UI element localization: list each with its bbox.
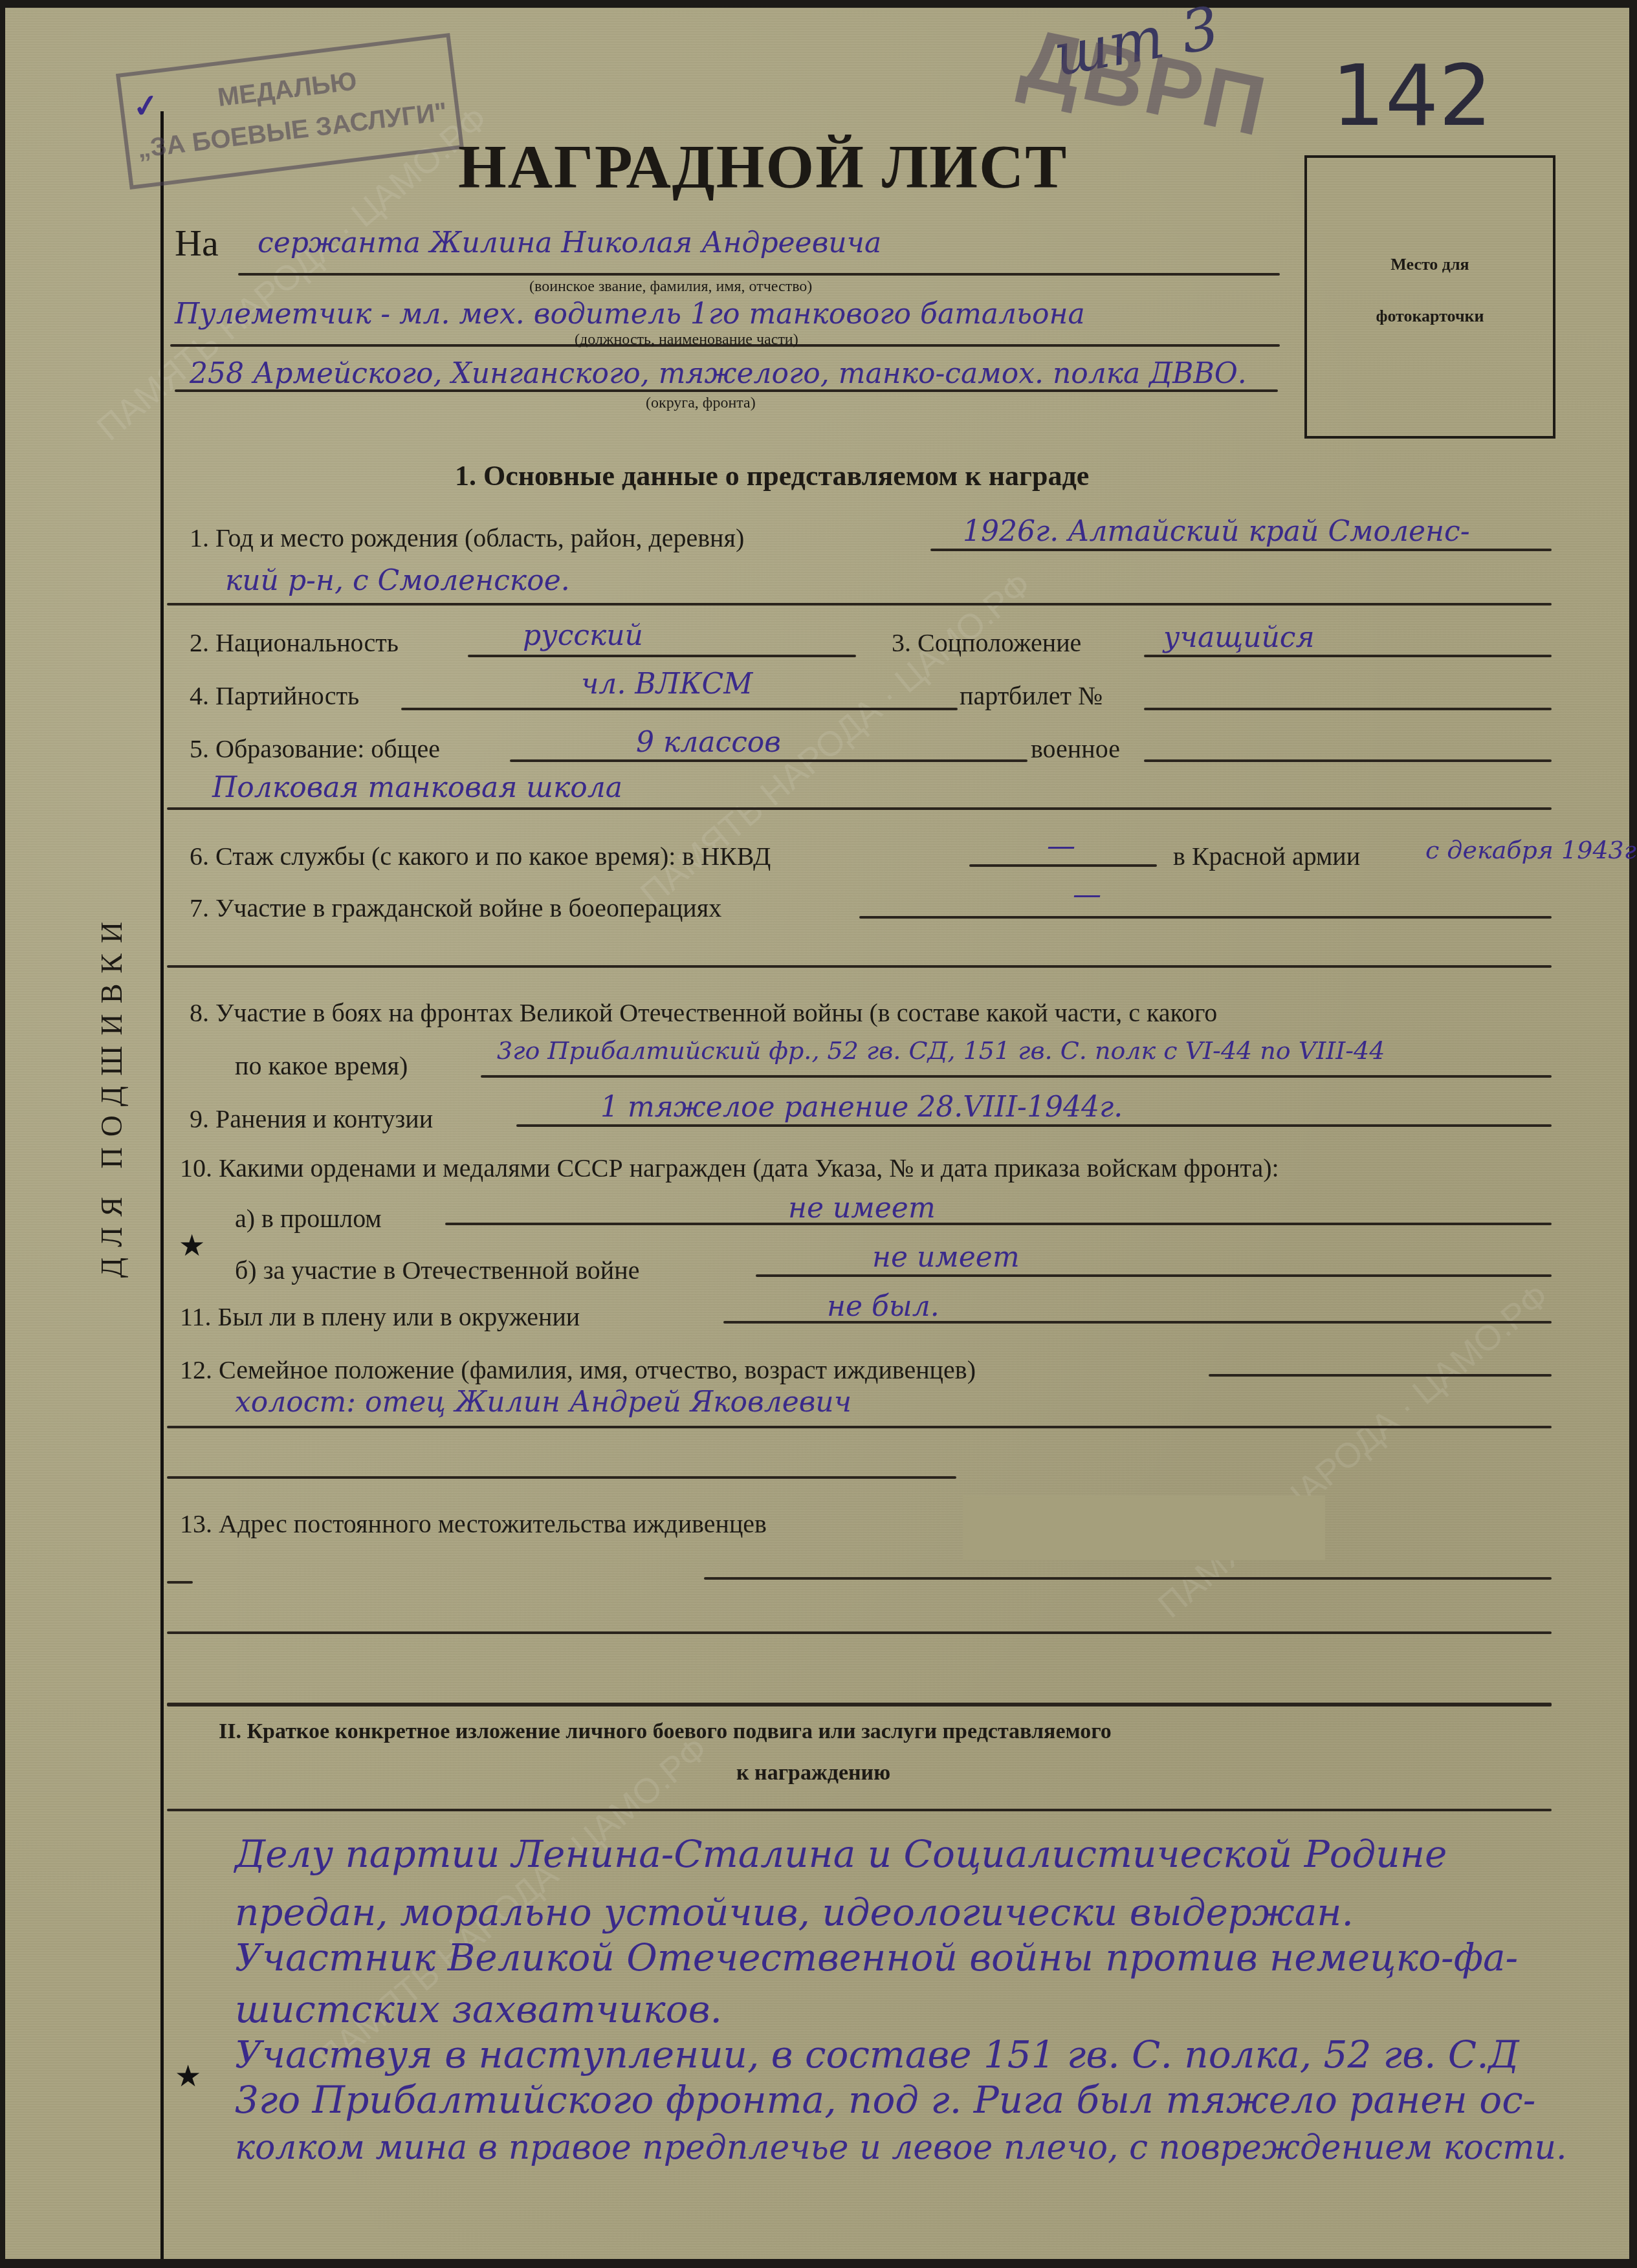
binding-line	[160, 111, 164, 2259]
field-family-value: холост: отец Жилин Андрей Яковлевич	[235, 1386, 851, 1419]
field-past-awards-label: а) в прошлом	[235, 1203, 382, 1234]
photo-label-line2: фотокарточки	[1307, 307, 1553, 326]
field-social-value: учащийся	[1163, 621, 1315, 654]
field-war-awards-label: б) за участие в Отечественной войне	[235, 1255, 639, 1285]
field-wounds-label: 9. Ранения и контузии	[190, 1104, 433, 1134]
narrative-line: Участвуя в наступлении, в составе 151 гв…	[235, 2033, 1519, 2077]
field-birth-value-cont: кий р-н, с Смоленское.	[225, 564, 570, 597]
field-birth-value: 1926г. Алтайский край Смоленс-	[963, 515, 1470, 548]
field-wwii-value: 3го Прибалтийский фр., 52 гв. СД, 151 гв…	[497, 1036, 1385, 1065]
narrative-line: 3го Прибалтийского фронта, под г. Рига б…	[235, 2078, 1535, 2122]
recipient-position: Пулеметчик - мл. мех. водитель 1го танко…	[175, 298, 1085, 331]
document-title: НАГРАДНОЙ ЛИСТ	[458, 131, 1068, 202]
field-address-label: 13. Адрес постоянного местожительства иж…	[180, 1509, 767, 1539]
caption-position: (должность, наименование части)	[575, 331, 798, 349]
field-party-value: чл. ВЛКСМ	[581, 668, 753, 701]
field-awards-label: 10. Какими орденами и медалями СССР нагр…	[180, 1153, 1279, 1183]
field-civil-war-value: —	[1073, 878, 1101, 911]
photo-label-line1: Место для	[1307, 255, 1553, 274]
field-partcard-label: партбилет №	[960, 681, 1103, 711]
header-prefix: На	[175, 221, 219, 265]
narrative-line: Делу партии Ленина-Сталина и Социалистич…	[235, 1832, 1447, 1876]
field-red-army-value: с декабря 1943г.	[1425, 836, 1637, 864]
field-wwii-label-cont: по какое время)	[235, 1051, 408, 1081]
award-sheet: ПАМЯТЬ НАРОДА · ЦАМО.РФ ПАМЯТЬ НАРОДА · …	[5, 8, 1629, 2259]
field-captivity-label: 11. Был ли в плену или в окружении	[180, 1302, 580, 1332]
narrative-line: колком мина в правое предплечье и левое …	[235, 2128, 1567, 2167]
field-party-label: 4. Партийность	[190, 681, 359, 711]
field-service-label: 6. Стаж службы (с какого и по какое врем…	[190, 841, 771, 871]
sheet-number: 142	[1332, 47, 1492, 145]
field-education-value: 9 классов	[636, 726, 781, 759]
recipient-unit: 258 Армейского, Хинганского, тяжелого, т…	[190, 357, 1247, 390]
section2-heading-line1: II. Краткое конкретное изложение личного…	[219, 1719, 1112, 1744]
field-military-edu-label: военное	[1031, 734, 1120, 764]
field-civil-war-label: 7. Участие в гражданской войне в боеопер…	[190, 893, 721, 923]
field-captivity-value: не был.	[827, 1290, 939, 1323]
field-wounds-value: 1 тяжелое ранение 28.VIII-1944г.	[600, 1091, 1123, 1124]
field-war-awards-value: не имеет	[872, 1241, 1020, 1274]
field-nkvd-value: —	[1047, 829, 1075, 862]
section1-heading: 1. Основные данные о представляемом к на…	[455, 459, 1089, 492]
field-birth-label: 1. Год и место рождения (область, район,…	[190, 523, 744, 553]
star-punch-icon: ★	[179, 1228, 205, 1263]
field-red-army-label: в Красной армии	[1173, 841, 1360, 871]
field-military-edu-value: Полковая танковая школа	[212, 771, 622, 804]
field-social-label: 3. Соцположение	[892, 627, 1081, 658]
photo-placeholder: Место для фотокарточки	[1304, 155, 1555, 439]
field-nationality-label: 2. Национальность	[190, 627, 399, 658]
narrative-line: Участник Великой Отечественной войны про…	[235, 1935, 1518, 1979]
field-wwii-label: 8. Участие в боях на фронтах Великой Оте…	[190, 998, 1217, 1028]
section2-heading-line2: к награждению	[736, 1761, 890, 1785]
caption-name: (воинское звание, фамилия, имя, отчество…	[529, 278, 812, 296]
field-past-awards-value: не имеет	[788, 1192, 936, 1225]
field-family-label: 12. Семейное положение (фамилия, имя, от…	[180, 1355, 976, 1385]
narrative-line: шистских захватчиков.	[235, 1987, 722, 2031]
check-mark-icon: ✓	[131, 85, 162, 129]
field-education-label: 5. Образование: общее	[190, 734, 440, 764]
watermark: ПАМЯТЬ НАРОДА · ЦАМО.РФ	[1150, 1276, 1557, 1626]
binding-label: ДЛЯ ПОДШИВКИ	[76, 900, 148, 1289]
recipient-name: сержанта Жилина Николая Андреевича	[258, 226, 881, 259]
narrative-line: предан, морально устойчив, идеологически…	[235, 1890, 1354, 1934]
star-punch-icon: ★	[175, 2058, 201, 2093]
field-nationality-value: русский	[523, 619, 643, 652]
caption-unit: (округа, фронта)	[646, 395, 756, 412]
redacted-area	[963, 1496, 1325, 1560]
